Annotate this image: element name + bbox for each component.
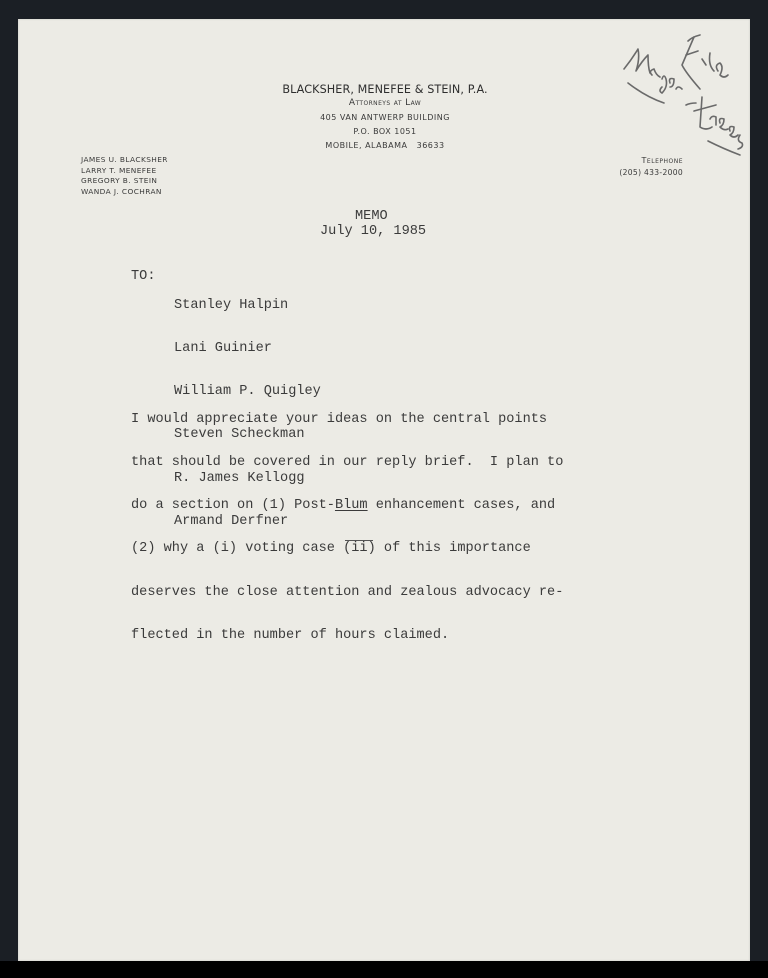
memo-body: I would appreciate your ideas on the cen… xyxy=(131,384,563,672)
recipient: Lani Guinier xyxy=(174,342,321,356)
partner-name: JAMES U. BLACKSHER xyxy=(81,155,168,166)
handwritten-annotation xyxy=(616,31,746,161)
firm-po-box: P.O. BOX 1051 xyxy=(265,127,505,136)
firm-subtitle: Attorneys at Law xyxy=(265,98,505,108)
partner-name: GREGORY B. STEIN xyxy=(81,176,168,187)
body-line: flected in the number of hours claimed. xyxy=(131,629,563,643)
memo-date: July 10, 1985 xyxy=(320,225,426,239)
body-text-segment: of this importance xyxy=(376,541,531,556)
partner-list: JAMES U. BLACKSHER LARRY T. MENEFEE GREG… xyxy=(81,155,168,198)
body-line: that should be covered in our reply brie… xyxy=(131,456,563,470)
partner-name: WANDA J. COCHRAN xyxy=(81,187,168,198)
phone-number: (205) 433-2000 xyxy=(593,167,683,179)
marked-numeral: (ii) xyxy=(343,541,376,556)
firm-building: 405 VAN ANTWERP BUILDING xyxy=(265,113,505,122)
body-text-segment: enhancement cases, and xyxy=(368,498,556,513)
body-text-segment: (2) why a (i) voting case xyxy=(131,541,343,556)
memo-title: MEMO xyxy=(355,210,388,224)
partner-name: LARRY T. MENEFEE xyxy=(81,166,168,177)
to-label: TO: xyxy=(131,270,155,284)
firm-city: MOBILE, ALABAMA 36633 xyxy=(265,141,505,150)
underlined-case-name: Blum xyxy=(335,498,368,513)
scan-border xyxy=(0,961,768,978)
body-text-segment: do a section on (1) Post- xyxy=(131,498,335,513)
body-line: do a section on (1) Post-Blum enhancemen… xyxy=(131,499,563,513)
firm-name: BLACKSHER, MENEFEE & STEIN, P.A. xyxy=(265,83,505,96)
body-line: (2) why a (i) voting case (ii) of this i… xyxy=(131,542,563,556)
body-line: deserves the close attention and zealous… xyxy=(131,586,563,600)
memo-page: BLACKSHER, MENEFEE & STEIN, P.A. Attorne… xyxy=(18,19,750,961)
recipient: Stanley Halpin xyxy=(174,299,321,313)
body-line: I would appreciate your ideas on the cen… xyxy=(131,413,563,427)
